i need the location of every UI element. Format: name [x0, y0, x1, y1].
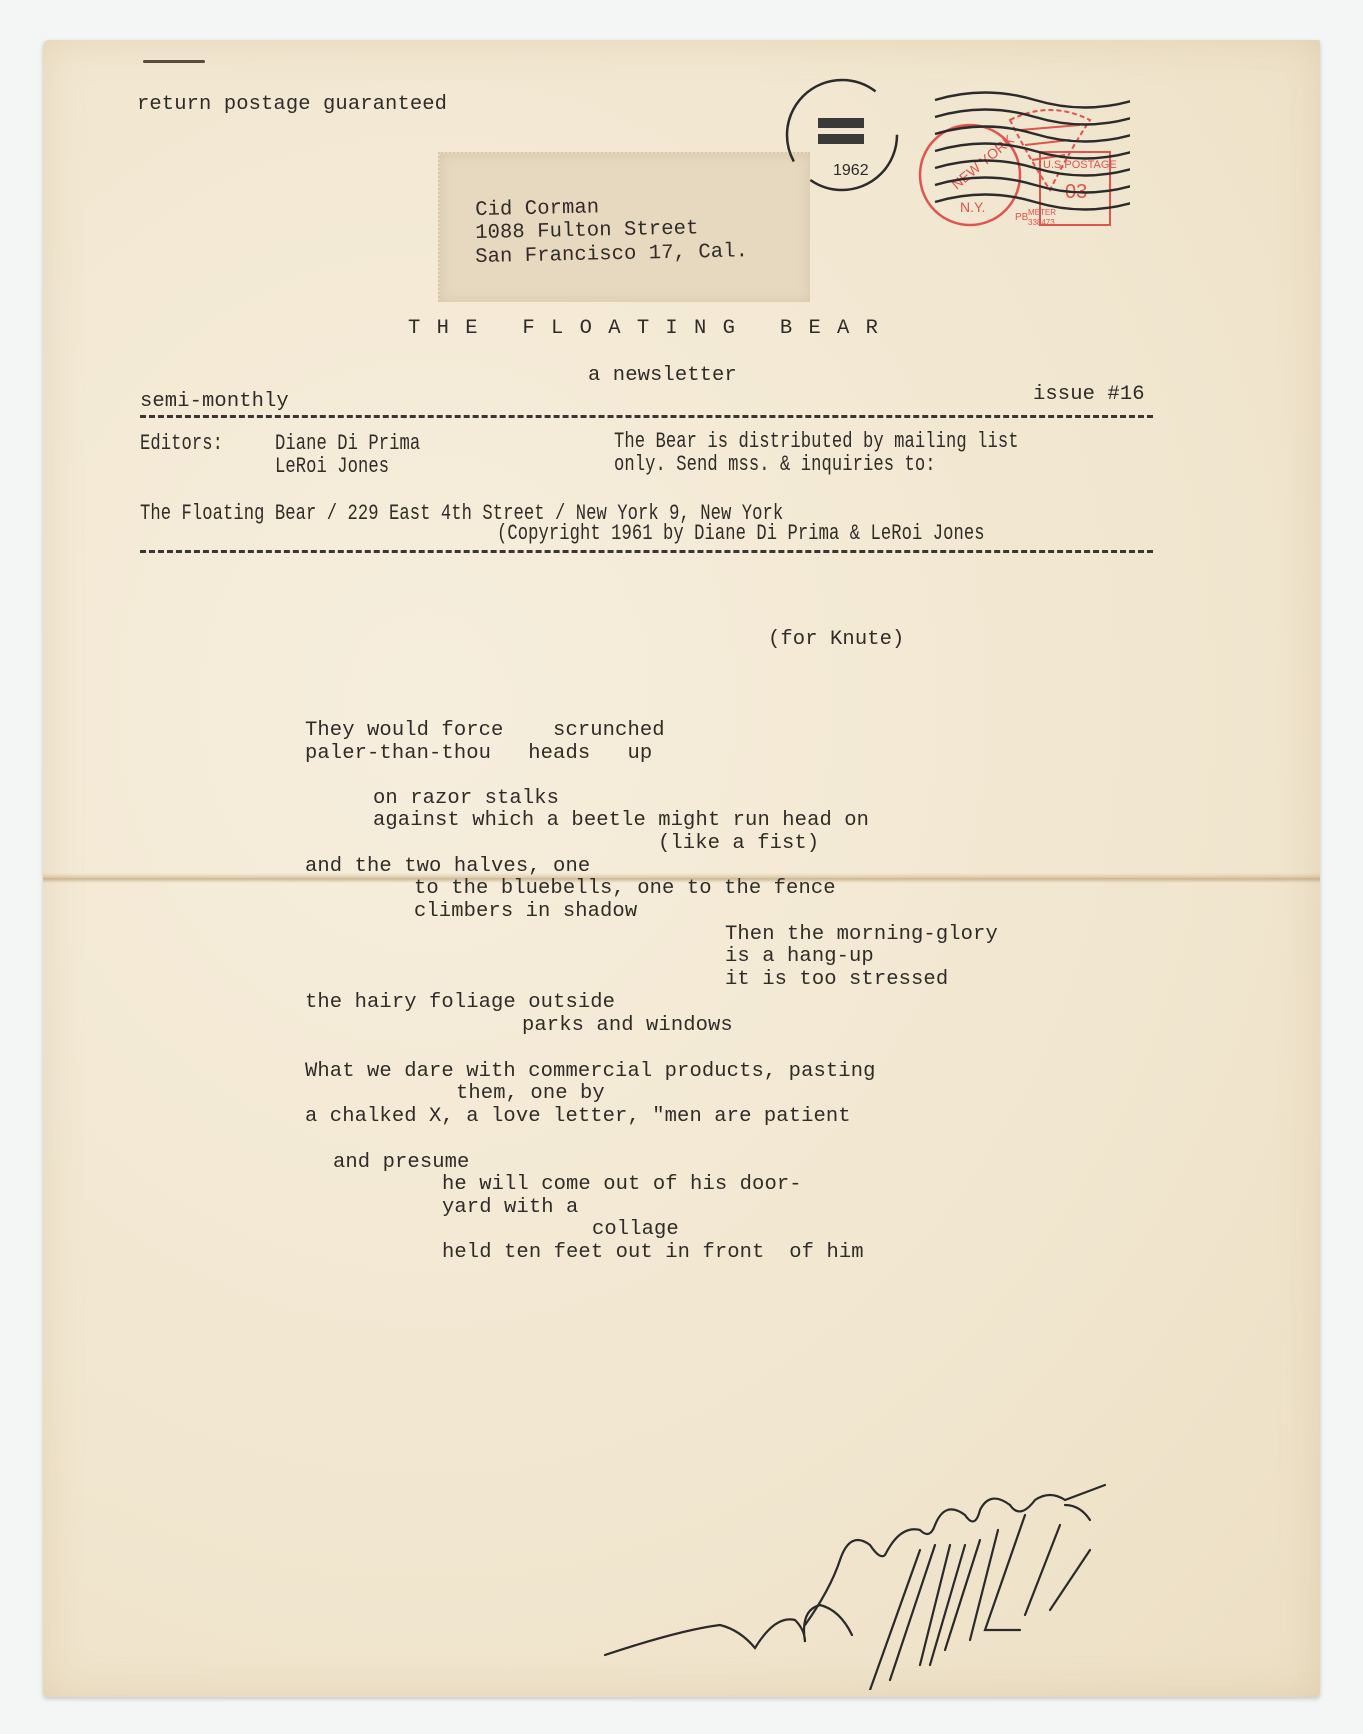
- poem-line: climbers in shadow: [414, 900, 637, 924]
- pencil-mark: [143, 60, 205, 63]
- poem-line: collage: [592, 1218, 679, 1242]
- poem-line: paler-than-thou heads up: [305, 742, 652, 766]
- svg-text:338473: 338473: [1028, 218, 1055, 227]
- editor-name-1: Diane Di Prima: [275, 432, 420, 456]
- poem-line: Then the morning-glory: [725, 923, 998, 947]
- poem-line: held ten feet out in front of him: [442, 1241, 864, 1265]
- poem-line: and presume: [333, 1151, 469, 1175]
- newsletter-subtitle: a newsletter: [588, 364, 737, 388]
- postage-meter-stamp: 1962 NEW YORK N.Y. U.S.POSTAGE 03 PB MET…: [770, 60, 1130, 230]
- poem-line: is a hang-up: [725, 945, 874, 969]
- divider-top: [140, 415, 1153, 418]
- distribution-note-1: The Bear is distributed by mailing list: [614, 430, 1019, 454]
- poem-line: it is too stressed: [725, 968, 948, 992]
- poem-line: the hairy foliage outside: [305, 991, 615, 1015]
- poem-line: on razor stalks: [373, 787, 559, 811]
- poem-line: to the bluebells, one to the fence: [414, 877, 836, 901]
- poem-dedication: (for Knute): [768, 628, 904, 652]
- distribution-note-2: only. Send mss. & inquiries to:: [614, 453, 936, 477]
- poem-line: against which a beetle might run head on: [373, 809, 869, 833]
- newsletter-title: T H E F L O A T I N G B E A R: [408, 317, 880, 341]
- svg-text:PB: PB: [1015, 212, 1029, 223]
- hand-drawn-sketch: [590, 1430, 1150, 1690]
- poem-line: They would force scrunched: [305, 719, 665, 743]
- poem-line: a chalked X, a love letter, "men are pat…: [305, 1105, 851, 1129]
- frequency: semi-monthly: [140, 390, 289, 414]
- poem-line: and the two halves, one: [305, 855, 590, 879]
- poem-line: What we dare with commercial products, p…: [305, 1060, 876, 1084]
- poem-line: he will come out of his door-: [442, 1173, 802, 1197]
- copyright-notice: (Copyright 1961 by Diane Di Prima & LeRo…: [497, 522, 985, 546]
- postmark-year: 1962: [833, 162, 869, 179]
- poem-line: them, one by: [456, 1082, 605, 1106]
- issue-number: issue #16: [1033, 383, 1145, 407]
- poem-line: (like a fist): [658, 832, 819, 856]
- svg-text:N.Y.: N.Y.: [960, 199, 985, 215]
- svg-text:U.S.POSTAGE: U.S.POSTAGE: [1043, 159, 1117, 171]
- poem-line: yard with a: [442, 1196, 578, 1220]
- editors-label: Editors:: [140, 432, 223, 456]
- return-postage-notice: return postage guaranteed: [137, 93, 447, 117]
- editor-name-2: LeRoi Jones: [275, 455, 389, 479]
- poem-line: parks and windows: [522, 1014, 733, 1038]
- divider-bottom: [140, 550, 1153, 553]
- svg-text:METER: METER: [1028, 208, 1056, 217]
